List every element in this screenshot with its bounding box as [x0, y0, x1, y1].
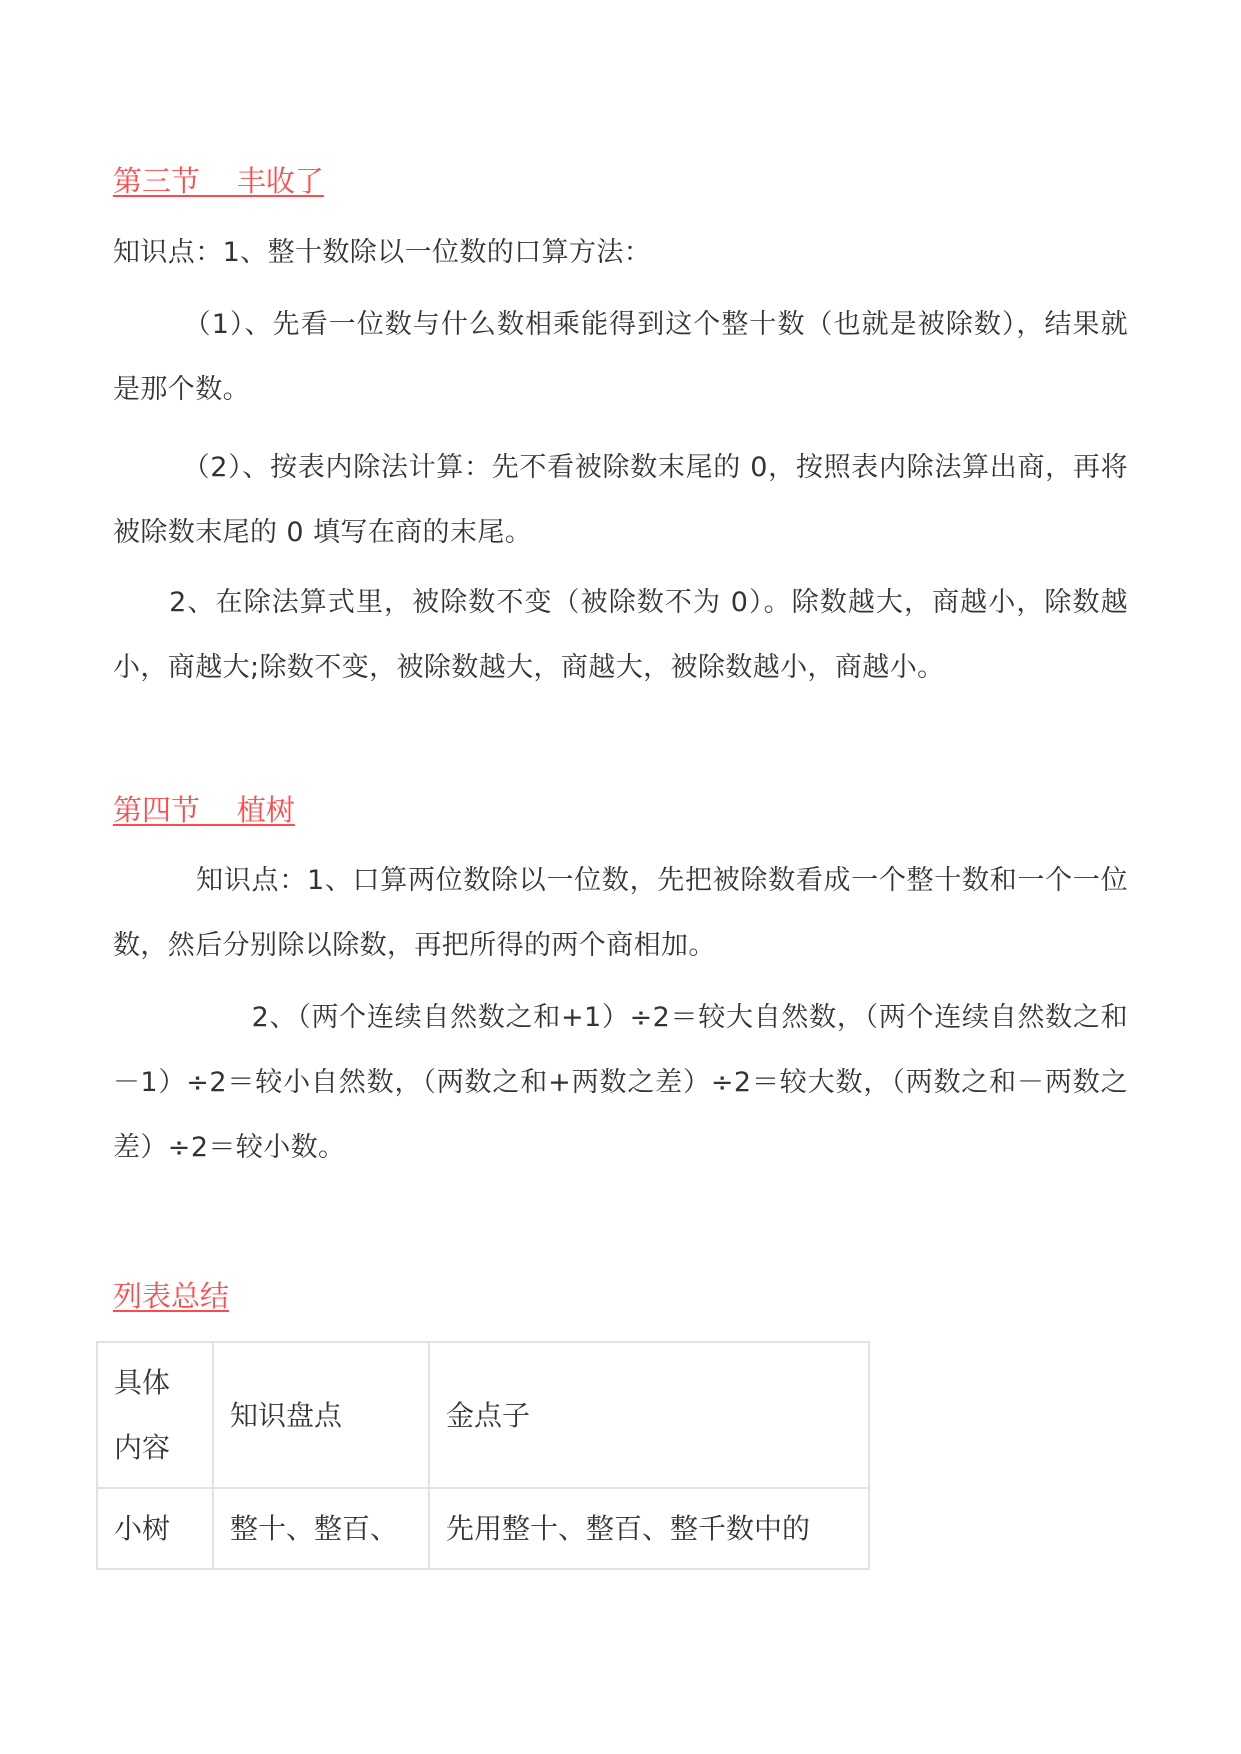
table-header-cell: 金点子 — [429, 1342, 869, 1488]
section-4-knowledge-point-1: 知识点：1、口算两位数除以一位数，先把被除数看成一个整十数和一个一位数，然后分别… — [113, 848, 1128, 978]
summary-heading: 列表总结 — [113, 1278, 229, 1314]
table-row: 小树 整十、整百、 先用整十、整百、整千数中的 — [97, 1488, 869, 1569]
table-cell: 小树 — [97, 1488, 213, 1569]
table-header-cell: 知识盘点 — [213, 1342, 429, 1488]
table-cell: 先用整十、整百、整千数中的 — [429, 1488, 869, 1569]
section-3-knowledge-point-2: 2、在除法算式里，被除数不变（被除数不为 0）。除数越大，商越小，除数越小，商越… — [113, 570, 1128, 700]
section-4-knowledge-point-2: 2、（两个连续自然数之和+1）÷2＝较大自然数，（两个连续自然数之和－1）÷2＝… — [113, 985, 1128, 1180]
table-header-cell: 具体内容 — [97, 1342, 213, 1488]
section-3-knowledge-point-1: 知识点：1、整十数除以一位数的口算方法： — [113, 220, 1128, 285]
table-header-row: 具体内容 知识盘点 金点子 — [97, 1342, 869, 1488]
section-3-knowledge-point-1-step-2: （2）、按表内除法计算：先不看被除数末尾的 0，按照表内除法算出商，再将被除数末… — [113, 435, 1128, 565]
section-4-heading: 第四节 植树 — [113, 792, 295, 828]
section-3-heading: 第三节 丰收了 — [113, 163, 324, 199]
table-cell: 整十、整百、 — [213, 1488, 429, 1569]
section-3-knowledge-point-1-step-1: （1）、先看一位数与什么数相乘能得到这个整十数（也就是被除数），结果就是那个数。 — [113, 292, 1128, 422]
summary-table: 具体内容 知识盘点 金点子 小树 整十、整百、 先用整十、整百、整千数中的 — [96, 1341, 870, 1570]
